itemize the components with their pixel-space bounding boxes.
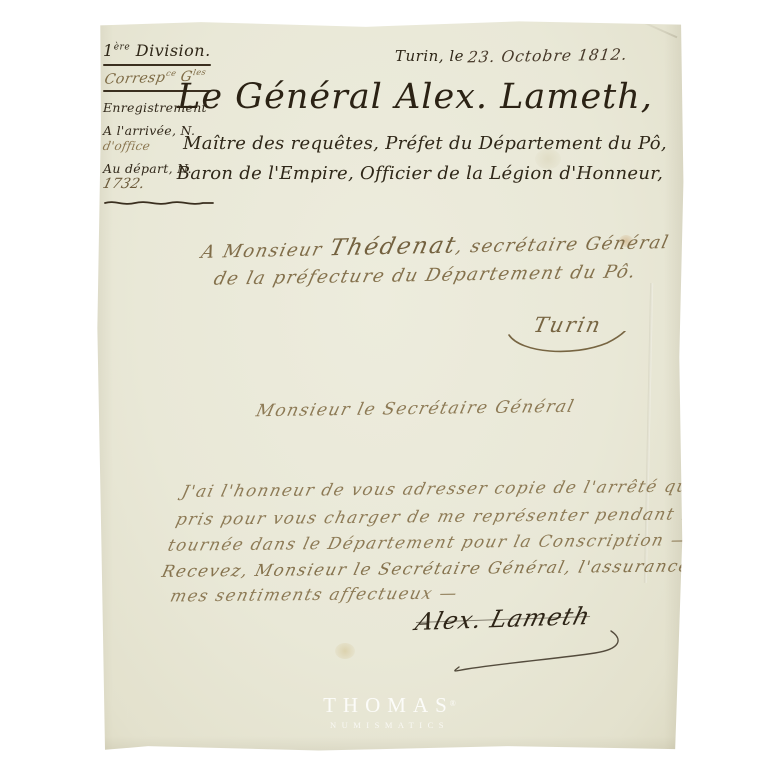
registration-block: 1ère Division. Correspce Gles Enregistre… bbox=[103, 41, 228, 211]
paper-stain bbox=[335, 643, 355, 659]
watermark-brand: THOMAS bbox=[323, 693, 454, 717]
letterhead-subtitle-2: Baron de l'Empire, Officier de la Légion… bbox=[170, 163, 670, 184]
corresp-superscript: les bbox=[192, 68, 207, 77]
date-handwritten: 23. Octobre 1812. bbox=[467, 46, 629, 67]
divider-rule bbox=[103, 64, 211, 66]
letter-sheet: 1ère Division. Correspce Gles Enregistre… bbox=[95, 21, 684, 752]
paper-edge-shade-right bbox=[664, 21, 684, 752]
registered-mark-icon: ® bbox=[450, 699, 456, 708]
paper-edge-shade-bottom bbox=[95, 736, 684, 752]
place-flourish: Turin bbox=[503, 313, 633, 357]
photo-background: 1ère Division. Correspce Gles Enregistre… bbox=[0, 0, 768, 768]
body-line: pris pour vous charger de me représenter… bbox=[174, 504, 713, 529]
signature-block: Alex. Lameth bbox=[417, 605, 627, 633]
addressee-name: Thédenat bbox=[327, 233, 459, 262]
place-printed: Turin, le bbox=[395, 47, 464, 65]
addressee-line-1: A Monsieur Thédenat, secrétaire Général bbox=[199, 228, 673, 264]
signature-flourish bbox=[445, 629, 625, 681]
wavy-rule bbox=[103, 199, 215, 207]
seller-watermark: THOMAS® NUMISMATICS bbox=[95, 693, 684, 730]
dateline: Turin, le23. Octobre 1812. bbox=[395, 47, 627, 65]
body-line: Recevez, Monsieur le Secrétaire Général,… bbox=[160, 556, 723, 581]
body-line: mes sentiments affectueux — bbox=[168, 584, 460, 606]
watermark-subbrand: NUMISMATICS bbox=[95, 720, 684, 730]
arrival-value-handwritten: d'office bbox=[102, 139, 152, 153]
letterhead-subtitle-1: Maître des requêtes, Préfet du Départeme… bbox=[170, 133, 680, 154]
letterhead-title: Le Général Alex. Lameth, bbox=[155, 77, 675, 117]
salutation: Monsieur le Secrétaire Général bbox=[254, 397, 577, 421]
division-line: 1ère Division. bbox=[103, 41, 228, 60]
body-line: J'ai l'honneur de vous adresser copie de… bbox=[180, 476, 740, 501]
place-handwritten: Turin bbox=[532, 313, 605, 337]
body-line: tournée dans le Département pour la Cons… bbox=[166, 530, 691, 554]
addressee-line-2: de la préfecture du Département du Pô. bbox=[212, 261, 639, 289]
departure-value-handwritten: 1732. bbox=[101, 176, 147, 192]
division-superscript: ère bbox=[114, 43, 130, 53]
